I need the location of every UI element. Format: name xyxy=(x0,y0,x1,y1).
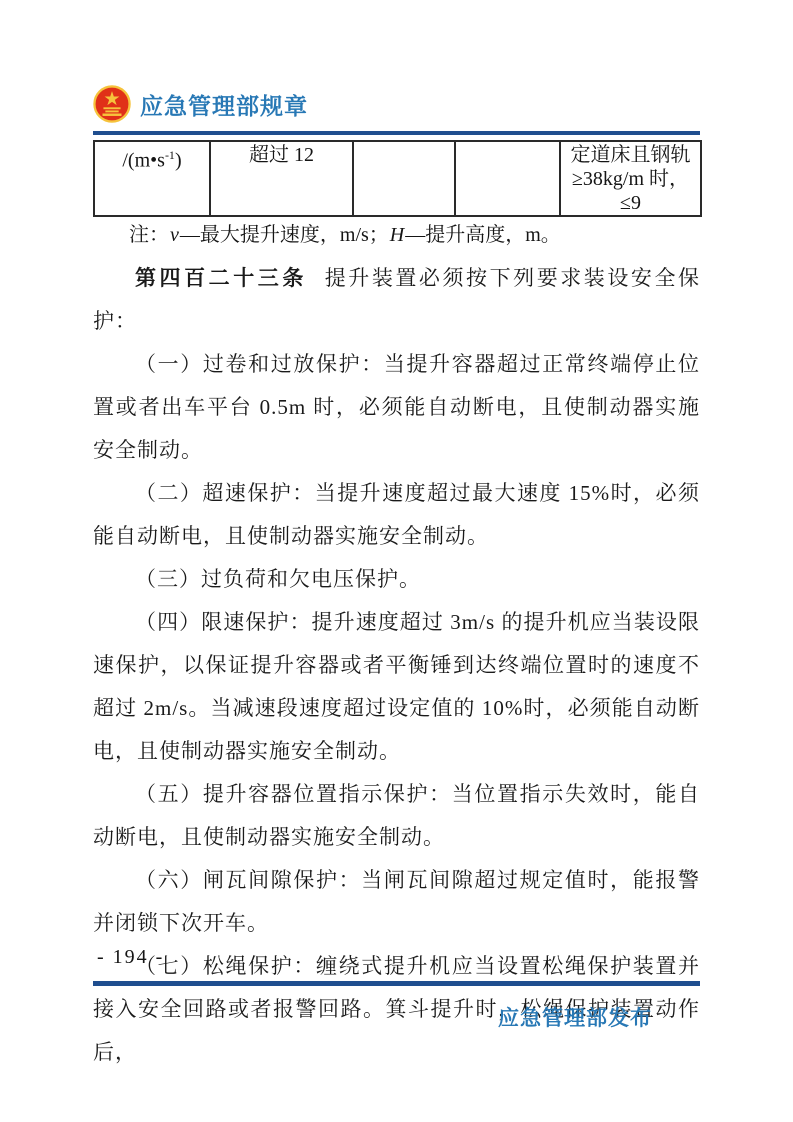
header-rule xyxy=(93,131,700,135)
note-label: 注： xyxy=(129,224,169,246)
article-heading: 第四百二十三条提升装置必须按下列要求装设安全保护： xyxy=(93,257,700,343)
note-var-v: v xyxy=(170,224,179,246)
table-cell-over-12: 超过 12 xyxy=(210,141,353,216)
table-row: /(m•s-1) 超过 12 定道床且钢轨≥38kg/m 时，≤9 xyxy=(94,141,701,216)
document-page: 应急管理部规章 /(m•s-1) 超过 12 定道床且钢轨≥38kg/m 时，≤… xyxy=(0,0,793,1122)
table-cell-speed-unit: /(m•s-1) xyxy=(94,141,210,216)
header-brand: 应急管理部规章 xyxy=(93,84,700,124)
article-number: 第四百二十三条 xyxy=(135,266,307,290)
note-desc-v: —最大提升速度，m/s； xyxy=(180,224,389,246)
article-item-4: （四）限速保护：提升速度超过 3m/s 的提升机应当装设限速保护，以保证提升容器… xyxy=(93,601,700,773)
footer-rule xyxy=(93,981,700,986)
note-desc-h: —提升高度，m。 xyxy=(405,224,561,246)
spec-table: /(m•s-1) 超过 12 定道床且钢轨≥38kg/m 时，≤9 xyxy=(93,140,702,217)
note-var-h: H xyxy=(390,224,404,246)
table-cell-empty-1 xyxy=(353,141,455,216)
header-title: 应急管理部规章 xyxy=(140,88,308,121)
article-item-1: （一）过卷和过放保护：当提升容器超过正常终端停止位置或者出车平台 0.5m 时，… xyxy=(93,343,700,472)
table-cell-rail-condition: 定道床且钢轨≥38kg/m 时，≤9 xyxy=(560,141,701,216)
article-item-2: （二）超速保护：当提升速度超过最大速度 15%时，必须能自动断电，且使制动器实施… xyxy=(93,472,700,558)
national-emblem-icon xyxy=(93,85,131,123)
article-item-6: （六）闸瓦间隙保护：当闸瓦间隙超过规定值时，能报警并闭锁下次开车。 xyxy=(93,859,700,945)
publisher-label: 应急管理部发布 xyxy=(93,1002,700,1032)
article-item-3: （三）过负荷和欠电压保护。 xyxy=(93,558,700,601)
table-cell-empty-2 xyxy=(455,141,560,216)
table-note: 注：v—最大提升速度，m/s；H—提升高度，m。 xyxy=(93,223,700,247)
page-number: - 194 - xyxy=(93,946,700,969)
page-footer: - 194 - 应急管理部发布 xyxy=(93,946,700,1032)
article-item-5: （五）提升容器位置指示保护：当位置指示失效时，能自动断电，且使制动器实施安全制动… xyxy=(93,773,700,859)
